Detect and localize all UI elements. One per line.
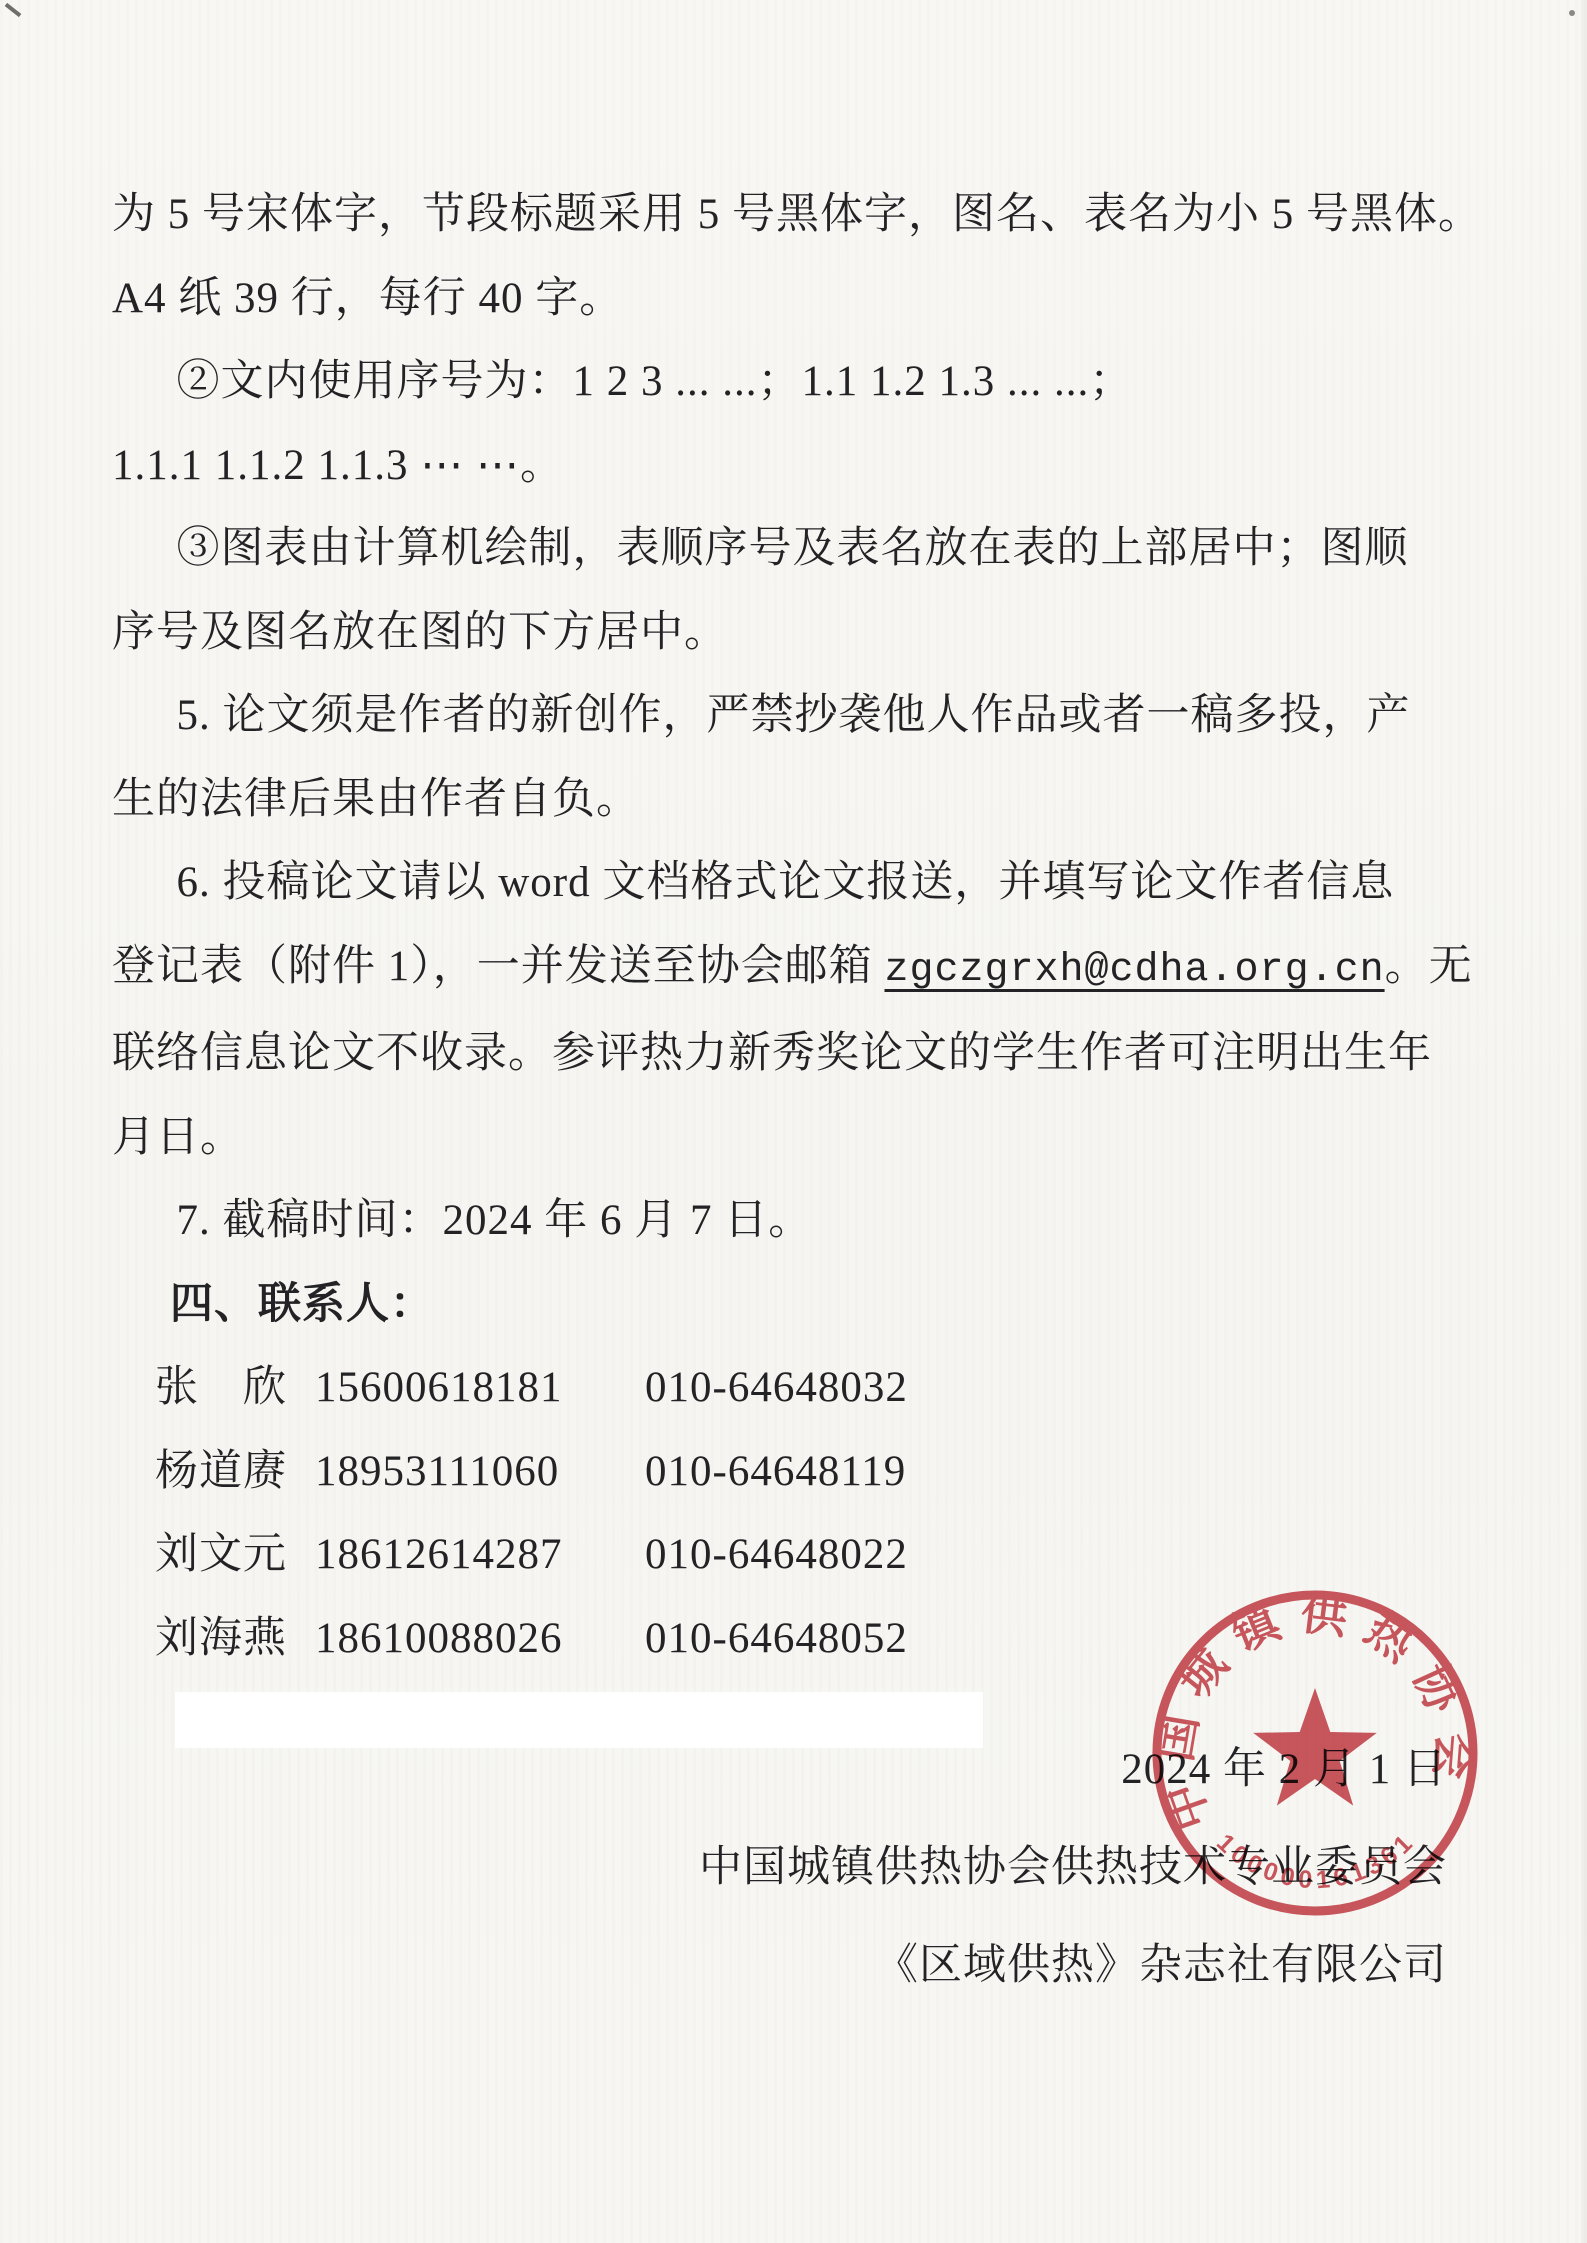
redaction-bar — [175, 1692, 983, 1748]
contact-mobile: 18610088026 — [315, 1597, 645, 1681]
contact-mobile: 18612614287 — [315, 1513, 645, 1597]
scan-artifact-top-left — [5, 3, 22, 17]
body-line-8: 生的法律后果由作者自负。 — [112, 758, 1480, 842]
body-line-5: ③图表由计算机绘制，表顺序号及表名放在表的上部居中；图顺 — [112, 507, 1480, 591]
body-line-10: 登记表（附件 1），一并发送至协会邮箱 zgczgrxh@cdha.org.cn… — [112, 925, 1480, 1013]
body-line-11: 联络信息论文不收录。参评热力新秀奖论文的学生作者可注明出生年 — [112, 1012, 1480, 1096]
body-line-9: 6. 投稿论文请以 word 文档格式论文报送，并填写论文作者信息 — [112, 841, 1480, 925]
body-line-1: 为 5 号宋体字，节段标题采用 5 号黑体字，图名、表名为小 5 号黑体。 — [112, 173, 1480, 257]
document-body: 为 5 号宋体字，节段标题采用 5 号黑体字，图名、表名为小 5 号黑体。A4 … — [112, 173, 1480, 1680]
body-line-6: 序号及图名放在图的下方居中。 — [112, 591, 1480, 675]
signoff-org-journal: 《区域供热》杂志社有限公司 — [875, 1944, 1447, 1987]
contact-office-phone: 010-64648052 — [645, 1615, 908, 1662]
contact-row-1: 张 欣15600618181010-64648032 — [112, 1346, 1480, 1430]
official-red-seal: 中国城镇供热协会 100000161361 — [1145, 1583, 1485, 1923]
scanned-page: 为 5 号宋体字，节段标题采用 5 号黑体字，图名、表名为小 5 号黑体。A4 … — [0, 0, 1587, 2243]
contacts-heading: 四、联系人： — [112, 1263, 1480, 1347]
contact-mobile: 18953111060 — [315, 1430, 645, 1514]
scan-artifact-top-right — [1569, 10, 1575, 16]
contact-mobile: 15600618181 — [315, 1346, 645, 1430]
contact-row-2: 杨道赓18953111060010-64648119 — [112, 1430, 1480, 1514]
contact-office-phone: 010-64648119 — [645, 1448, 906, 1495]
body-line-2: A4 纸 39 行，每行 40 字。 — [112, 257, 1480, 341]
seal-star-icon — [1253, 1688, 1377, 1806]
body-line-13: 7. 截稿时间：2024 年 6 月 7 日。 — [112, 1179, 1480, 1263]
contact-name: 张 欣 — [155, 1346, 315, 1430]
contact-name: 刘海燕 — [155, 1597, 315, 1681]
contact-office-phone: 010-64648022 — [645, 1531, 908, 1578]
body-line-7: 5. 论文须是作者的新创作，严禁抄袭他人作品或者一稿多投，产 — [112, 674, 1480, 758]
contact-office-phone: 010-64648032 — [645, 1364, 908, 1411]
email-line-suffix: 。无 — [1385, 943, 1473, 990]
body-line-12: 月日。 — [112, 1096, 1480, 1180]
seal-serial-number: 100000161361 — [1211, 1826, 1421, 1894]
contact-name: 杨道赓 — [155, 1430, 315, 1514]
submission-email-address: zgczgrxh@cdha.org.cn — [885, 948, 1385, 993]
contact-name: 刘文元 — [155, 1513, 315, 1597]
email-line-prefix: 登记表（附件 1），一并发送至协会邮箱 — [112, 943, 885, 990]
scan-edge-shade — [1581, 0, 1587, 2243]
body-line-3: ②文内使用序号为：1 2 3 ... ...；1.1 1.2 1.3 ... .… — [112, 340, 1480, 424]
body-line-4: 1.1.1 1.1.2 1.1.3 ⋯ ⋯。 — [112, 424, 1480, 508]
